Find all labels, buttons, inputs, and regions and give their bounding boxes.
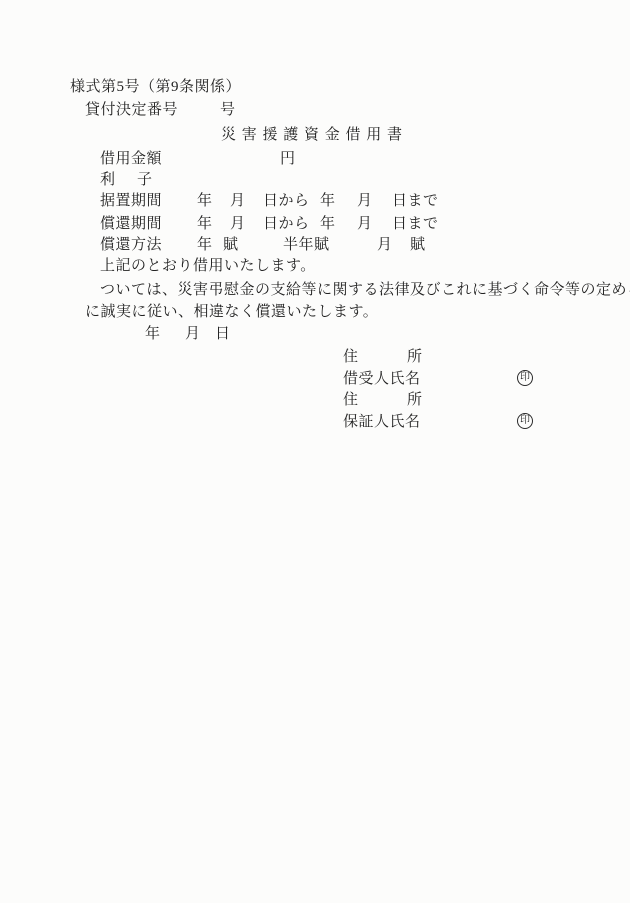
- borrower-seal-char: 印: [520, 373, 530, 383]
- borrower-name-label: 借受人氏名: [343, 372, 421, 387]
- document-title: 災 害 援 護 資 金 借 用 書: [221, 128, 403, 143]
- borrower-address-char2: 所: [407, 350, 423, 365]
- grace-from-day: 日から: [263, 194, 310, 209]
- interest-label-char1: 利: [100, 173, 116, 188]
- document-page: 様式第5号（第9条関係） 貸付決定番号 号 災 害 援 護 資 金 借 用 書 …: [0, 0, 630, 903]
- date-year: 年: [145, 327, 161, 342]
- date-day: 日: [215, 327, 231, 342]
- statement-law-line2: に誠実に従い、相違なく償還いたします。: [85, 305, 378, 320]
- grace-to-day: 日まで: [392, 194, 439, 209]
- guarantor-address-char1: 住: [343, 393, 359, 408]
- repay-period-label: 償還期間: [100, 217, 162, 232]
- guarantor-seal-icon: 印: [517, 413, 533, 429]
- guarantor-seal-char: 印: [520, 416, 530, 426]
- repay-to-year: 年: [320, 217, 336, 232]
- borrower-seal-icon: 印: [517, 370, 533, 386]
- grace-period-label: 据置期間: [100, 194, 162, 209]
- statement-borrow: 上記のとおり借用いたします。: [100, 259, 316, 274]
- repay-method-label: 償還方法: [100, 238, 162, 253]
- borrower-address-char1: 住: [343, 350, 359, 365]
- repay-method-semiannual: 半年賦: [283, 238, 330, 253]
- repay-method-annual-year: 年: [197, 238, 213, 253]
- repay-from-year: 年: [197, 217, 213, 232]
- statement-law-line1: ついては、災害弔慰金の支給等に関する法律及びこれに基づく命令等の定めるところ: [100, 283, 630, 298]
- repay-method-monthly-fu: 賦: [410, 238, 426, 253]
- repay-method-annual-fu: 賦: [223, 238, 239, 253]
- interest-label-char2: 子: [137, 173, 153, 188]
- date-month: 月: [185, 327, 201, 342]
- form-number: 様式第5号（第9条関係）: [70, 80, 241, 95]
- guarantor-address-char2: 所: [407, 393, 423, 408]
- amount-unit: 円: [280, 152, 296, 167]
- amount-label: 借用金額: [100, 152, 162, 167]
- guarantor-name-label: 保証人氏名: [343, 415, 421, 430]
- decision-number-suffix: 号: [220, 103, 236, 118]
- repay-to-day: 日まで: [392, 217, 439, 232]
- decision-number-label: 貸付決定番号: [85, 103, 178, 118]
- repay-from-day: 日から: [263, 217, 310, 232]
- grace-from-year: 年: [197, 194, 213, 209]
- grace-to-year: 年: [320, 194, 336, 209]
- repay-to-month: 月: [357, 217, 373, 232]
- repay-from-month: 月: [230, 217, 246, 232]
- grace-from-month: 月: [230, 194, 246, 209]
- repay-method-monthly-month: 月: [377, 238, 393, 253]
- grace-to-month: 月: [357, 194, 373, 209]
